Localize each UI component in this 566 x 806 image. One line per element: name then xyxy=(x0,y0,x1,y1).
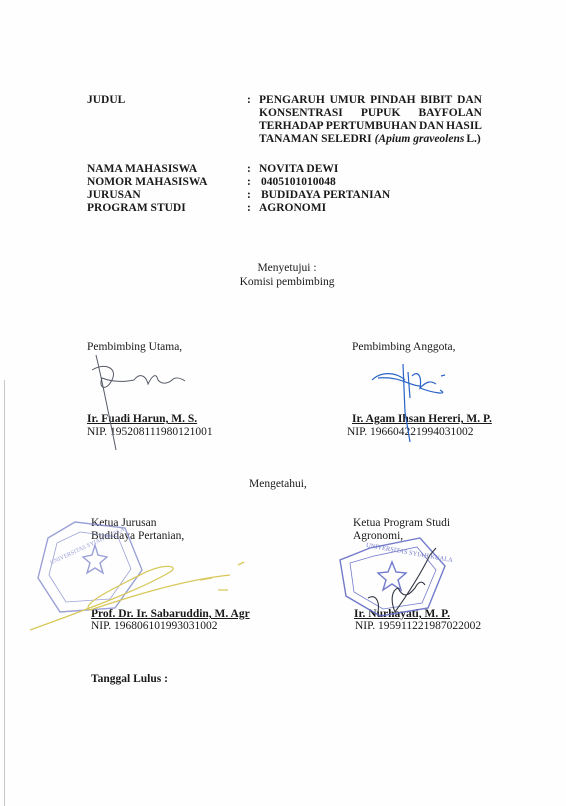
graduation-date-label: Tanggal Lulus : xyxy=(91,673,168,686)
supervisor-main-name: Ir. Fuadi Harun, M. S. xyxy=(87,413,197,425)
field-value-name: NOVITA DEWI xyxy=(259,163,338,176)
supervisor-member-name: Ir. Agam Ihsan Hereri, M. P. xyxy=(352,413,492,425)
title-word: TERHADAP xyxy=(259,120,324,133)
title-word: PERTUMBUHAN xyxy=(326,120,417,133)
supervisor-member-nip: NIP. 196604221994031002 xyxy=(347,426,474,438)
head-department-nip: NIP. 196806101993031002 xyxy=(91,620,218,632)
field-label-program: PROGRAM STUDI xyxy=(87,202,186,215)
field-value-student-number: 0405101010048 xyxy=(261,176,336,189)
scan-edge-line xyxy=(4,380,5,806)
field-colon: : xyxy=(247,202,251,215)
field-label-student-number: NOMOR MAHASISWA xyxy=(87,176,207,189)
title-suffix: L.) xyxy=(466,133,480,146)
title-word: HASIL xyxy=(446,120,482,133)
head-program-name: Ir. Nurhayati, M. P. xyxy=(354,608,450,620)
thesis-title: PENGARUH UMUR PINDAH BIBIT DAN KONSENTRA… xyxy=(259,94,482,146)
title-label: JUDUL xyxy=(87,94,125,107)
acknowledged-label: Mengetahui, xyxy=(249,478,307,492)
title-word: BIBIT xyxy=(420,94,452,107)
approval-subheading: Komisi pembimbing xyxy=(4,276,566,290)
head-department-role-1: Ketua Jurusan xyxy=(91,517,156,531)
signature-head-program-icon xyxy=(368,548,436,612)
field-label-name: NAMA MAHASISWA xyxy=(87,163,197,176)
title-line-1: PENGARUH UMUR PINDAH BIBIT DAN xyxy=(259,94,482,107)
university-stamp-right-icon: UNIVERSITAS SYIAH KUALA xyxy=(340,538,454,616)
title-word: BAYFOLAN xyxy=(419,107,482,120)
title-line-2: KONSENTRASI PUPUK BAYFOLAN xyxy=(259,107,482,120)
title-word: PUPUK xyxy=(361,107,401,120)
head-program-role-2: Agronomi, xyxy=(353,530,403,544)
supervisor-main-nip: NIP. 195208111980121001 xyxy=(87,426,213,438)
title-colon: : xyxy=(247,94,251,107)
title-species-italic: (Apium graveolens xyxy=(375,133,465,146)
head-department-role-2: Budidaya Pertanian, xyxy=(91,530,184,544)
title-word: UMUR xyxy=(330,94,366,107)
head-program-role-1: Ketua Program Studi xyxy=(353,517,450,531)
title-word: KONSENTRASI xyxy=(259,107,343,120)
title-line-3: TERHADAP PERTUMBUHAN DAN HASIL xyxy=(259,120,482,133)
title-line-4: TANAMAN SELEDRI (Apium graveolens L.) xyxy=(259,133,482,146)
title-word: PINDAH xyxy=(370,94,415,107)
supervisor-member-role: Pembimbing Anggota, xyxy=(352,341,456,355)
field-value-department: BUDIDAYA PERTANIAN xyxy=(261,189,390,202)
field-colon: : xyxy=(247,189,251,202)
document-page: JUDUL : PENGARUH UMUR PINDAH BIBIT DAN K… xyxy=(0,0,566,806)
title-word: DAN xyxy=(419,120,444,133)
title-word: PENGARUH xyxy=(259,94,325,107)
title-word: DAN xyxy=(457,94,482,107)
head-program-nip: NIP. 195911221987022002 xyxy=(355,620,481,632)
head-department-name: Prof. Dr. Ir. Sabaruddin, M. Agr xyxy=(91,608,250,620)
supervisor-main-role: Pembimbing Utama, xyxy=(87,341,182,355)
field-label-department: JURUSAN xyxy=(87,189,141,202)
approval-heading: Menyetujui : xyxy=(4,262,566,276)
svg-text:UNIVERSITAS SYIAH KUALA: UNIVERSITAS SYIAH KUALA xyxy=(365,542,453,564)
field-value-program: AGRONOMI xyxy=(259,202,326,215)
field-colon: : xyxy=(247,163,251,176)
title-text: TANAMAN SELEDRI xyxy=(259,133,372,146)
field-colon: : xyxy=(247,176,251,189)
